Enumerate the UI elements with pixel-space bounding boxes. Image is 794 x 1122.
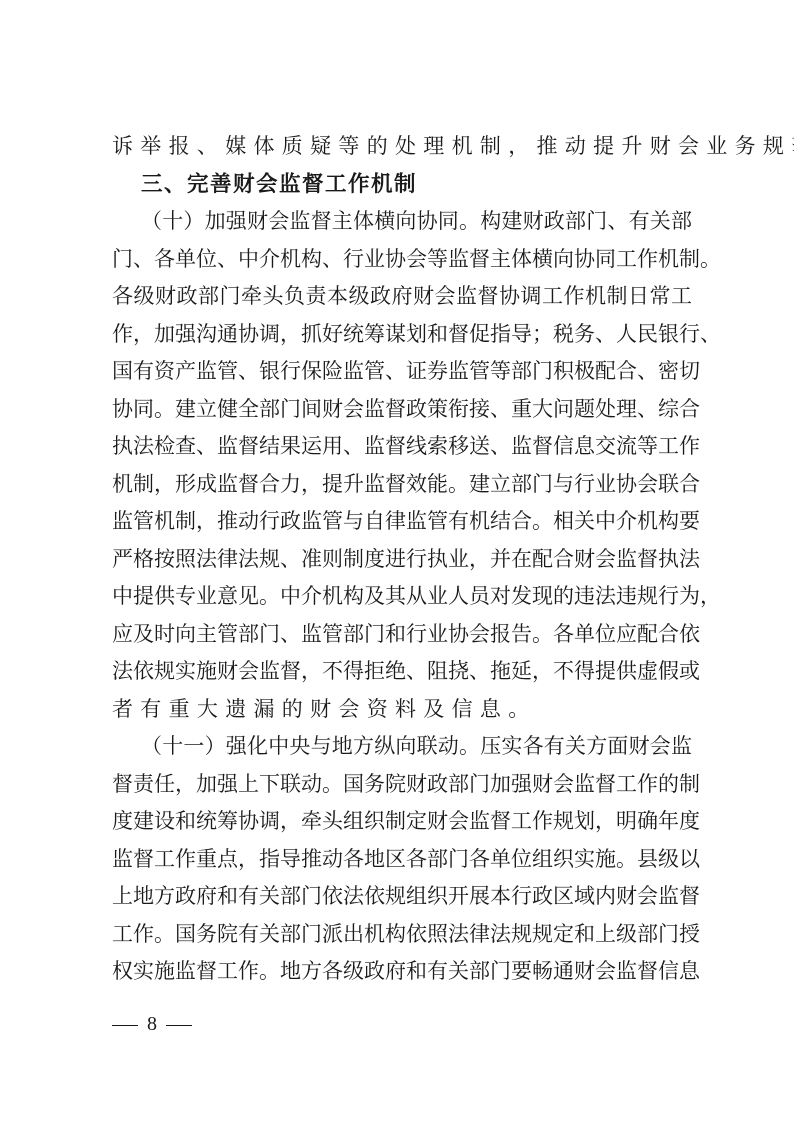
dash-right [166,1025,192,1027]
section-heading: 三、完善财会监督工作机制 [112,166,692,204]
dash-left [112,1025,138,1027]
text-line: 应及时向主管部门、监管部门和行业协会报告。各单位应配合依 [112,616,692,654]
paragraph-start-line: （十一）强化中央与地方纵向联动。压实各有关方面财会监 [112,728,692,766]
text-line: 作，加强沟通协调，抓好统筹谋划和督促指导；税务、人民银行、 [112,316,692,354]
document-page: 诉举报、媒体质疑等的处理机制，推动提升财会业务规范化水平。 三、完善财会监督工作… [112,128,692,991]
text-line: 机制，形成监督合力，提升监督效能。建立部门与行业协会联合 [112,466,692,504]
text-line: 监督工作重点，指导推动各地区各部门各单位组织实施。县级以 [112,841,692,879]
text-line: 执法检查、监督结果运用、监督线索移送、监督信息交流等工作 [112,428,692,466]
text-line: 诉举报、媒体质疑等的处理机制，推动提升财会业务规范化水平。 [112,128,692,166]
text-line: 法依规实施财会监督，不得拒绝、阻挠、拖延，不得提供虚假或 [112,653,692,691]
paragraph-start-line: （十）加强财会监督主体横向协同。构建财政部门、有关部 [112,203,692,241]
text-line: 国有资产监管、银行保险监管、证券监管等部门积极配合、密切 [112,353,692,391]
text-line: 者有重大遗漏的财会资料及信息。 [112,691,692,729]
text-line: 严格按照法律法规、准则制度进行执业，并在配合财会监督执法 [112,541,692,579]
page-footer: 8 [112,1013,192,1036]
text-line: 督责任，加强上下联动。国务院财政部门加强财会监督工作的制 [112,766,692,804]
text-line: 工作。国务院有关部门派出机构依照法律法规规定和上级部门授 [112,916,692,954]
text-line: 各级财政部门牵头负责本级政府财会监督协调工作机制日常工 [112,278,692,316]
text-line: 协同。建立健全部门间财会监督政策衔接、重大问题处理、综合 [112,391,692,429]
text-line: 门、各单位、中介机构、行业协会等监督主体横向协同工作机制。 [112,241,692,279]
text-line: 监管机制，推动行政监管与自律监管有机结合。相关中介机构要 [112,503,692,541]
page-number: 8 [138,1013,166,1036]
text-line: 上地方政府和有关部门依法依规组织开展本行政区域内财会监督 [112,878,692,916]
text-line: 中提供专业意见。中介机构及其从业人员对发现的违法违规行为， [112,578,692,616]
text-line: 权实施监督工作。地方各级政府和有关部门要畅通财会监督信息 [112,953,692,991]
text-line: 度建设和统筹协调，牵头组织制定财会监督工作规划，明确年度 [112,803,692,841]
